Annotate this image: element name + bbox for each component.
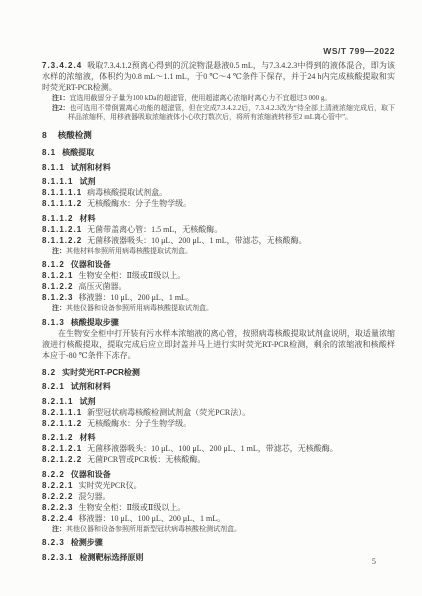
clause-8.2.2.3: 8.2.2.3生物安全柜：Ⅱ级或Ⅱ级以上。 xyxy=(42,502,395,513)
clause-number: 8.1.3 xyxy=(42,318,65,327)
note-label: 注： xyxy=(52,304,66,312)
clause-number: 8.1.1.2.1 xyxy=(42,225,82,234)
clause-number: 8.1.1.1.2 xyxy=(42,199,82,208)
heading-text: 材料 xyxy=(79,433,95,442)
heading-text: 试剂 xyxy=(79,177,95,186)
heading-8.2.1.1: 8.2.1.1试剂 xyxy=(42,396,395,407)
clause-8.1.1.2.1: 8.1.1.2.1无菌带盖离心管：1.5 mL，无核酸酶。 xyxy=(42,224,395,235)
clause-number: 8.1.1.1.1 xyxy=(42,188,82,197)
clause-number: 8.2.1.1.2 xyxy=(42,419,82,428)
note-label: 注： xyxy=(52,247,66,255)
heading-text: 试剂和材料 xyxy=(71,163,111,172)
clause-number: 8.2.1.1 xyxy=(42,397,73,406)
clause-number: 8.2.3.1 xyxy=(42,553,73,562)
clause-8.2.2.2: 8.2.2.2混匀器。 xyxy=(42,491,395,502)
body-text: 高压灭菌器。 xyxy=(78,282,126,291)
clause-number: 8.2.1.2.2 xyxy=(42,455,82,464)
heading-8.2.2: 8.2.2仪器和设备 xyxy=(42,469,395,480)
doc-number: WS/T 799—2022 xyxy=(323,46,395,56)
body-text: 吸取7.3.4.1.2预离心得到的沉淀物混悬液0.5 mL，与7.3.4.2.3… xyxy=(42,61,395,92)
heading-8.1.3: 8.1.3核酸提取步骤 xyxy=(42,317,395,328)
clause-number: 8.1.2.2 xyxy=(42,282,73,291)
document-blocks: 7.3.4.2.4吸取7.3.4.1.2预离心得到的沉淀物混悬液0.5 mL，与… xyxy=(42,60,395,563)
note-label: 注1： xyxy=(52,94,70,102)
clause-number: 8.1.1.1 xyxy=(42,177,73,186)
heading-8.2.3.1: 8.2.3.1检测靶标选择原则 xyxy=(42,552,395,563)
clause-number: 8.1 xyxy=(42,148,56,157)
note-note1: 注1：宜选用截留分子量为100 kDa的超滤管，使用超滤离心浓缩时离心力不宜超过… xyxy=(52,94,395,103)
clause-number: 8.2.2.3 xyxy=(42,503,73,512)
body-text: 无核酸酶水：分子生物学级。 xyxy=(87,419,191,428)
document-page: WS/T 799—2022 7.3.4.2.4吸取7.3.4.1.2预离心得到的… xyxy=(0,0,422,596)
body-text: 移液器：10 μL、200 μL、1 mL。 xyxy=(78,293,193,302)
heading-8.1: 8.1核酸提取 xyxy=(42,147,395,158)
body-text: 无菌移液器吸头：10 μL、100 μL、200 μL、1 mL，带滤芯，无核酸… xyxy=(87,444,338,453)
body-text: 实时荧光PCR仪。 xyxy=(78,481,141,490)
para-19: 在生物安全柜中打开装有污水样本浓缩液的离心管，按照病毒核酸提取试剂盒说明，取适量… xyxy=(42,328,395,361)
body-text: 无菌移液器吸头：10 μL、200 μL、1 mL，带滤芯，无核酸酶。 xyxy=(87,236,306,245)
heading-text: 核酸提取步骤 xyxy=(71,318,119,327)
heading-8.2.1: 8.2.1试剂和材料 xyxy=(42,381,395,392)
clause-8.2.1.1.1: 8.2.1.1.1新型冠状病毒核酸检测试剂盒（荧光PCR法）。 xyxy=(42,407,395,418)
body-text: 移液器：10 μL、100 μL、200 μL、1 mL。 xyxy=(78,514,225,523)
note-label: 注： xyxy=(52,525,66,533)
body-text: 其他仪器和设备参照所用新型冠状病毒核酸检测试剂盒。 xyxy=(66,525,241,533)
clause-8.2.2.1: 8.2.2.1实时荧光PCR仪。 xyxy=(42,480,395,491)
body-text: 生物安全柜：Ⅱ级或Ⅱ级以上。 xyxy=(78,271,185,280)
body-text: 宜选用截留分子量为100 kDa的超滤管，使用超滤离心浓缩时离心力不宜超过3 0… xyxy=(70,94,332,102)
clause-8.1.2.3: 8.1.2.3移液器：10 μL、200 μL、1 mL。 xyxy=(42,292,395,303)
clause-8.2.2.4: 8.2.2.4移液器：10 μL、100 μL、200 μL、1 mL。 xyxy=(42,513,395,524)
body-text: 其他仪器和设备参照所用病毒核酸提取试剂盒。 xyxy=(66,304,213,312)
heading-8.1.2: 8.1.2仪器和设备 xyxy=(42,259,395,270)
clause-8.1.2.1: 8.1.2.1生物安全柜：Ⅱ级或Ⅱ级以上。 xyxy=(42,270,395,281)
body-text: 新型冠状病毒核酸检测试剂盒（荧光PCR法）。 xyxy=(87,408,250,417)
heading-8: 8核酸检测 xyxy=(42,130,395,141)
body-text: 生物安全柜：Ⅱ级或Ⅱ级以上。 xyxy=(78,503,185,512)
body-text: 病毒核酸提取试剂盒。 xyxy=(87,188,167,197)
clause-8.2.1.1.2: 8.2.1.1.2无核酸酶水：分子生物学级。 xyxy=(42,418,395,429)
heading-text: 核酸检测 xyxy=(58,130,92,140)
note-note17: 注：其他仪器和设备参照所用病毒核酸提取试剂盒。 xyxy=(52,304,395,313)
clause-number: 8.1.2.1 xyxy=(42,271,73,280)
clause-number: 8.2.2.4 xyxy=(42,514,73,523)
heading-text: 材料 xyxy=(79,214,95,223)
clause-number: 8.2.1.2.1 xyxy=(42,444,82,453)
body-text: 无菌PCR管或PCR板：无核酸酶。 xyxy=(87,455,205,464)
clause-8.1.1.2.2: 8.1.1.2.2无菌移液器吸头：10 μL、200 μL、1 mL，带滤芯，无… xyxy=(42,235,395,246)
body-text: 混匀器。 xyxy=(78,492,110,501)
heading-text: 核酸提取 xyxy=(62,148,94,157)
clause-8.2.1.2.2: 8.2.1.2.2无菌PCR管或PCR板：无核酸酶。 xyxy=(42,454,395,465)
clause-number: 8.1.1.2.2 xyxy=(42,236,82,245)
heading-8.2.3: 8.2.3检测步骤 xyxy=(42,537,395,548)
note-label: 注2： xyxy=(52,104,70,112)
clause-8.2.1.2.1: 8.2.1.2.1无菌移液器吸头：10 μL、100 μL、200 μL、1 m… xyxy=(42,443,395,454)
note-note33: 注：其他仪器和设备参照所用新型冠状病毒核酸检测试剂盒。 xyxy=(52,525,395,534)
heading-text: 试剂和材料 xyxy=(71,382,111,391)
heading-8.1.1.2: 8.1.1.2材料 xyxy=(42,213,395,224)
clause-8.1.1.1.2: 8.1.1.1.2无核酸酶水：分子生物学级。 xyxy=(42,198,395,209)
body-text: 其他材料参照所用病毒核酸提取试剂盒。 xyxy=(66,247,192,255)
body-text: 无核酸酶水：分子生物学级。 xyxy=(87,199,191,208)
clause-number: 8.1.1 xyxy=(42,163,65,172)
note-note2: 注2：也可选用不带倒置离心功能的超滤管，但在完成7.3.4.2.2后，7.3.4… xyxy=(52,104,395,122)
clause-7.3.4.2.4: 7.3.4.2.4吸取7.3.4.1.2预离心得到的沉淀物混悬液0.5 mL，与… xyxy=(42,60,395,93)
clause-number: 8.2.2.1 xyxy=(42,481,73,490)
note-note12: 注：其他材料参照所用病毒核酸提取试剂盒。 xyxy=(52,247,395,256)
clause-number: 8.2.2 xyxy=(42,470,65,479)
heading-text: 试剂 xyxy=(79,397,95,406)
heading-text: 仪器和设备 xyxy=(71,470,111,479)
clause-number: 8.2.1.2 xyxy=(42,433,73,442)
body-text: 无菌带盖离心管：1.5 mL，无核酸酶。 xyxy=(87,225,222,234)
page-number: 5 xyxy=(372,556,376,566)
heading-text: 仪器和设备 xyxy=(71,260,111,269)
heading-text: 检测步骤 xyxy=(71,538,103,547)
clause-number: 8.2.1.1.1 xyxy=(42,408,82,417)
clause-number: 8.2 xyxy=(42,368,56,377)
heading-8.2.1.2: 8.2.1.2材料 xyxy=(42,432,395,443)
clause-number: 8.2.1 xyxy=(42,382,65,391)
body-text: 也可选用不带倒置离心功能的超滤管，但在完成7.3.4.2.2后，7.3.4.2.… xyxy=(68,104,395,121)
clause-number: 7.3.4.2.4 xyxy=(42,61,82,70)
clause-number: 8 xyxy=(42,130,48,140)
clause-number: 8.1.2 xyxy=(42,260,65,269)
heading-text: 检测靶标选择原则 xyxy=(79,553,143,562)
heading-8.1.1.1: 8.1.1.1试剂 xyxy=(42,176,395,187)
clause-number: 8.2.2.2 xyxy=(42,492,73,501)
heading-8.2: 8.2实时荧光RT-PCR检测 xyxy=(42,367,395,378)
heading-text: 实时荧光RT-PCR检测 xyxy=(62,368,140,377)
clause-number: 8.1.2.3 xyxy=(42,293,73,302)
clause-8.1.1.1.1: 8.1.1.1.1病毒核酸提取试剂盒。 xyxy=(42,187,395,198)
clause-8.1.2.2: 8.1.2.2高压灭菌器。 xyxy=(42,281,395,292)
heading-8.1.1: 8.1.1试剂和材料 xyxy=(42,162,395,173)
clause-number: 8.2.3 xyxy=(42,538,65,547)
body-text: 在生物安全柜中打开装有污水样本浓缩液的离心管，按照病毒核酸提取试剂盒说明，取适量… xyxy=(42,329,395,360)
clause-number: 8.1.1.2 xyxy=(42,214,73,223)
